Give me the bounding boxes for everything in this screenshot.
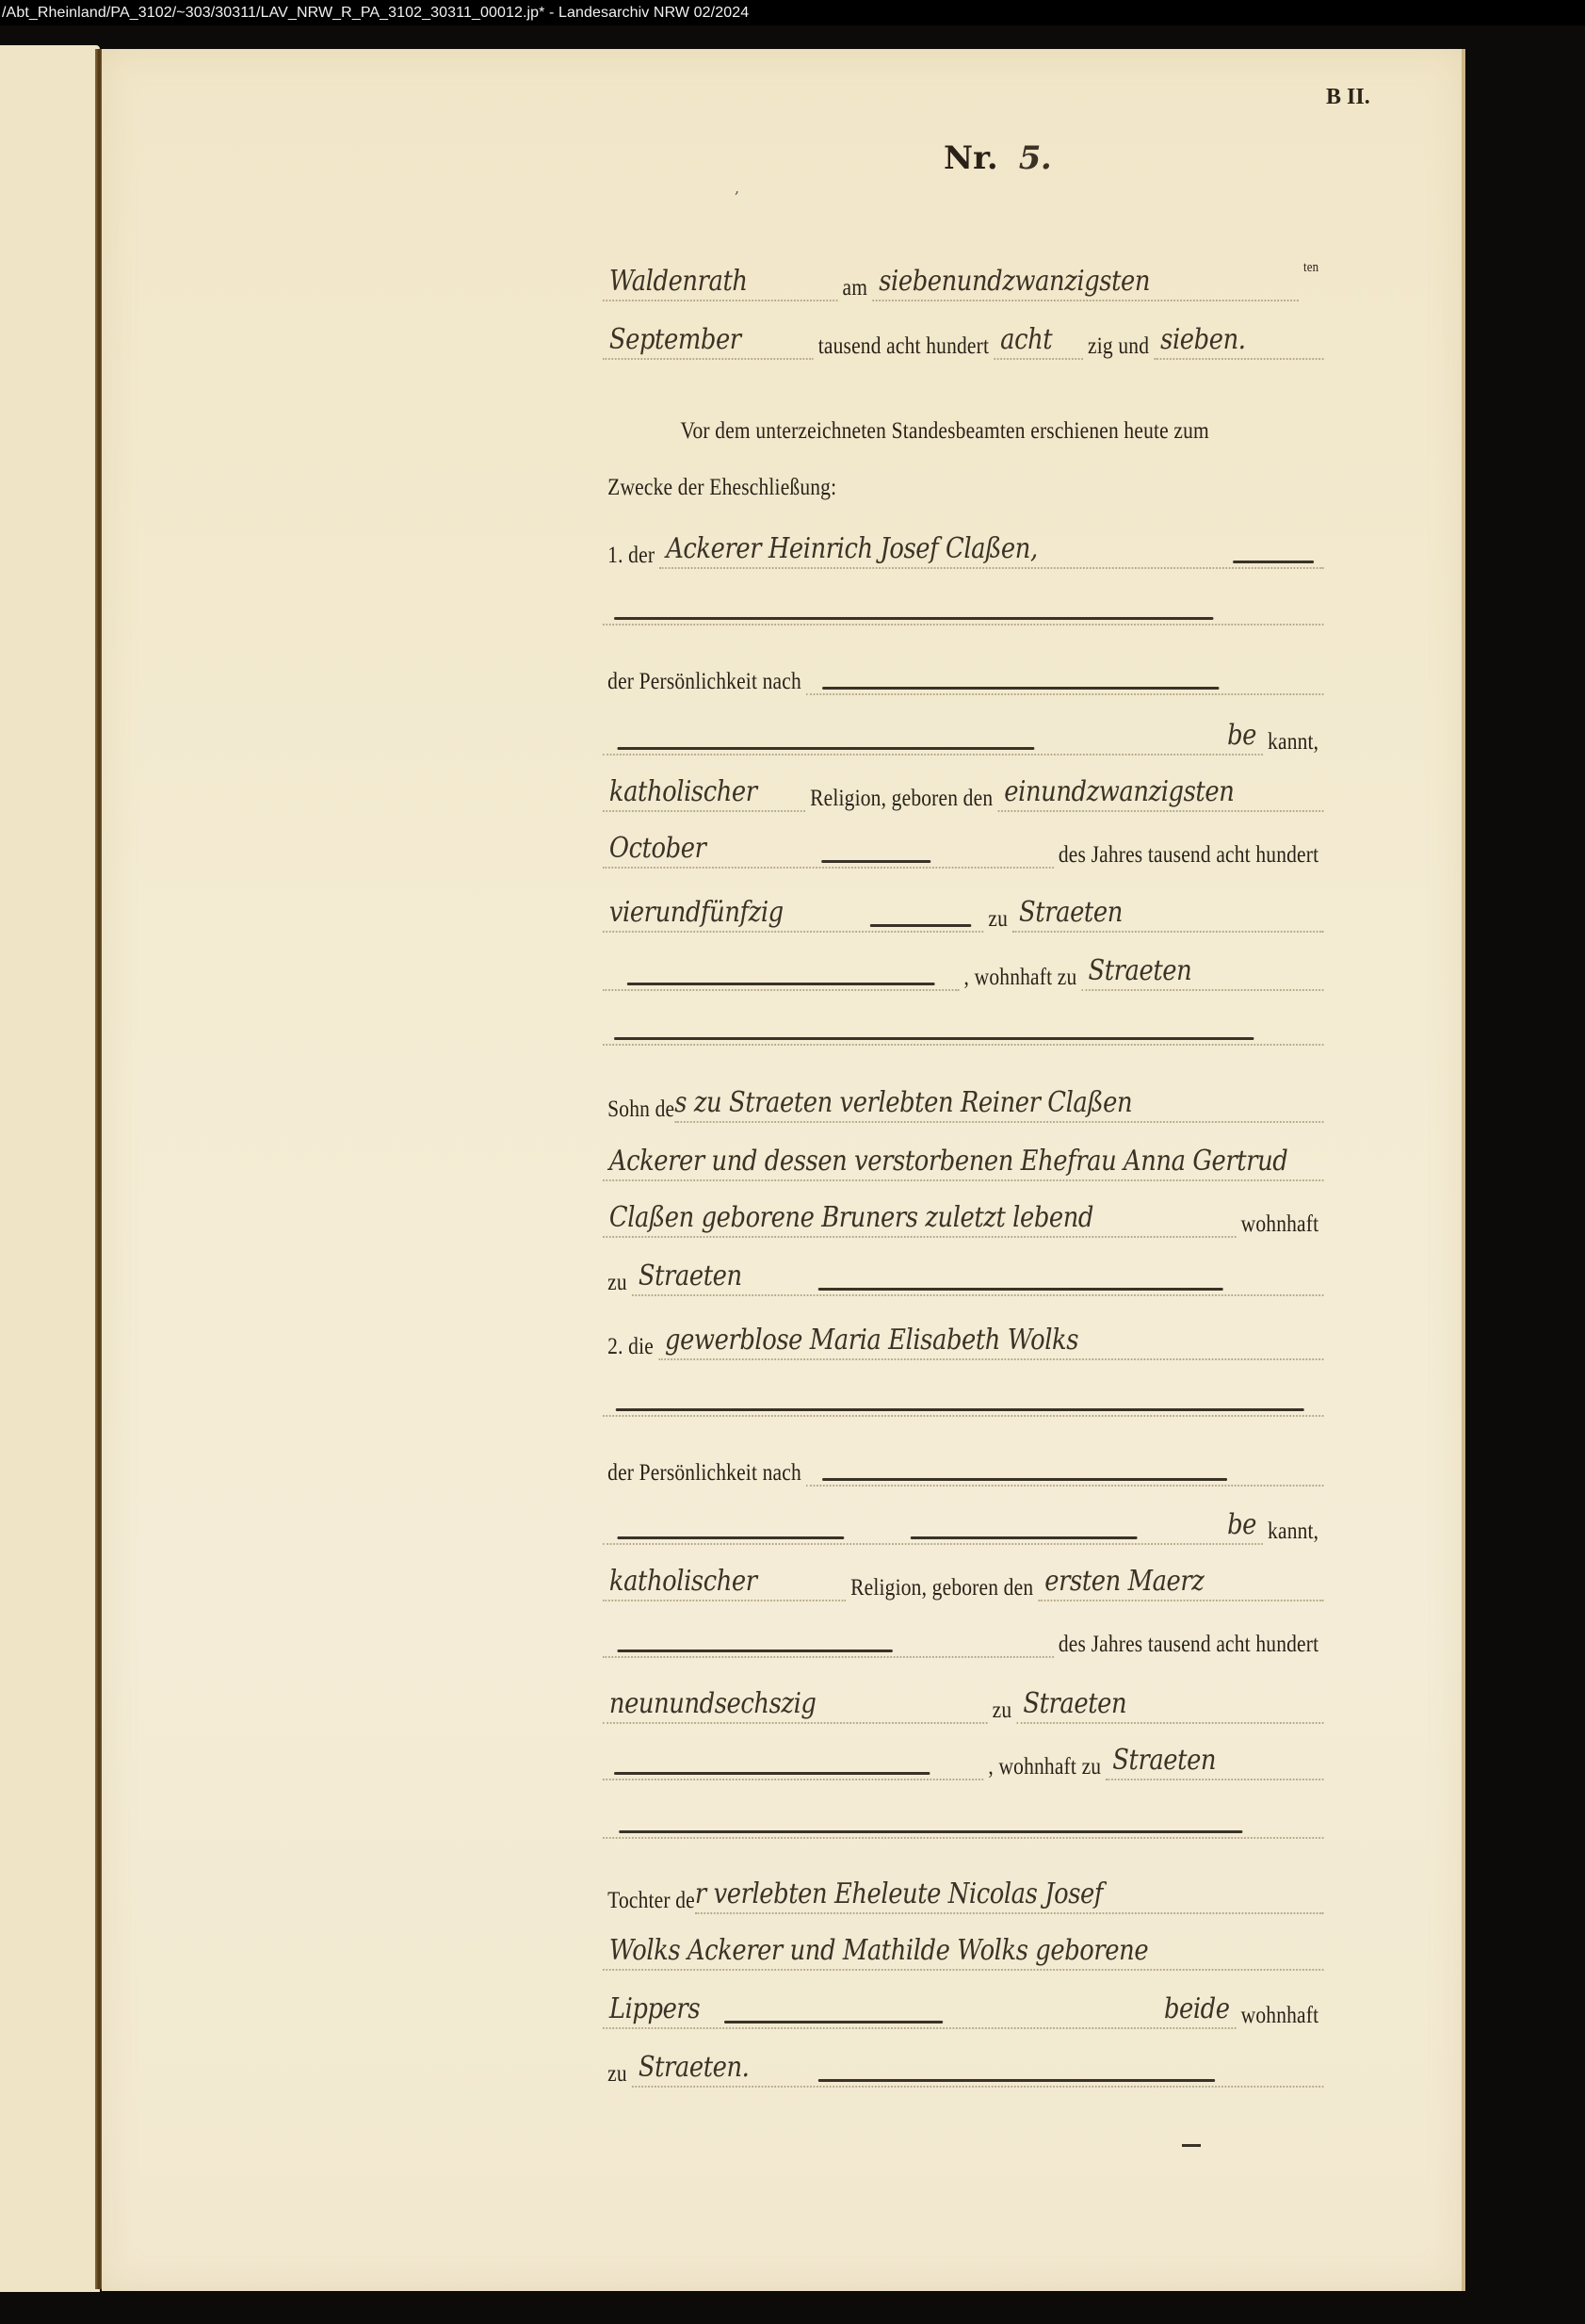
groom-personality-line: der Persönlichkeit nach bbox=[603, 646, 1323, 695]
window-title: /Abt_Rheinland/PA_3102/~303/30311/LAV_NR… bbox=[2, 5, 749, 21]
bride-residence-line-2 bbox=[603, 1790, 1323, 1839]
bride-label: 2. die bbox=[603, 1334, 658, 1360]
bride-residence-field-2 bbox=[603, 1788, 1323, 1839]
bride-known-line: be kannt, bbox=[603, 1496, 1323, 1545]
bride-known-suffix: kannt, bbox=[1263, 1519, 1324, 1545]
groom-label: 1. der bbox=[603, 543, 659, 569]
groom-name-field-2 bbox=[603, 575, 1323, 626]
month-field: September bbox=[603, 309, 814, 360]
bride-parents-field-2: Wolks Ackerer und Mathilde Wolks geboren… bbox=[603, 1920, 1323, 1971]
year-unit-field: sieben. bbox=[1154, 309, 1323, 360]
bride-personality-line: der Persönlichkeit nach bbox=[603, 1438, 1323, 1487]
bride-parents-label: Tochter de bbox=[603, 1888, 695, 1914]
bride-personality-label: der Persönlichkeit nach bbox=[603, 1460, 806, 1487]
left-page-edge bbox=[0, 45, 100, 2292]
groom-parents-line-2: Ackerer und dessen verstorbenen Ehefrau … bbox=[603, 1132, 1323, 1181]
bride-birth-month-line: des Jahres tausend acht hundert bbox=[603, 1609, 1323, 1658]
groom-residence-field-2 bbox=[603, 995, 1323, 1046]
decade-field: acht bbox=[994, 309, 1083, 360]
header-line-1: Waldenrath am siebenundzwanzigsten ten bbox=[603, 252, 1323, 301]
record-number-label: Nr. bbox=[944, 139, 998, 177]
bride-birth-year-line: neunundsechszig zu Straeten bbox=[603, 1675, 1323, 1724]
groom-birth-year-field: vierundfünfzig bbox=[603, 882, 983, 933]
day-field: siebenundzwanzigsten bbox=[872, 251, 1298, 301]
groom-parents-field-1: s zu Straeten verlebten Reiner Claßen bbox=[674, 1072, 1323, 1123]
bride-parents-line-1: Tochter de r verlebten Eheleute Nicolas … bbox=[603, 1865, 1323, 1914]
bride-religion-line: katholischer Religion, geboren den erste… bbox=[603, 1552, 1323, 1601]
bride-parents-field-3: Lippersbeide bbox=[603, 1978, 1236, 2029]
ink-mark bbox=[1182, 2144, 1201, 2147]
zig-und-label: zig und bbox=[1083, 333, 1154, 360]
intro-line-1: Vor dem unterzeichneten Standesbeamten e… bbox=[603, 396, 1323, 445]
groom-personality-field bbox=[806, 644, 1323, 695]
record-number-value: 5. bbox=[1011, 139, 1059, 179]
groom-residence-line-2 bbox=[603, 997, 1323, 1046]
header-line-2: September tausend acht hundert acht zig … bbox=[603, 311, 1323, 360]
bride-known-field: be bbox=[603, 1494, 1263, 1545]
groom-name-line-2 bbox=[603, 577, 1323, 626]
bride-name-line: 2. die gewerblose Maria Elisabeth Wolks bbox=[603, 1311, 1323, 1360]
bride-parents-zu: zu bbox=[603, 2061, 632, 2088]
year-prefix: tausend acht hundert bbox=[814, 333, 995, 360]
groom-known-line: be kannt, bbox=[603, 707, 1323, 756]
record-number: Nr.5. bbox=[944, 139, 1059, 177]
bride-religion-field: katholischer bbox=[603, 1551, 846, 1601]
bride-residence-blank bbox=[603, 1730, 983, 1780]
groom-name-line: 1. der Ackerer Heinrich Josef Claßen, bbox=[603, 520, 1323, 569]
pencil-mark: , bbox=[735, 179, 739, 197]
groom-birth-place-field: Straeten bbox=[1012, 882, 1323, 933]
groom-parents-line-1: Sohn de s zu Straeten verlebten Reiner C… bbox=[603, 1074, 1323, 1123]
groom-religion-line: katholischer Religion, geboren den einun… bbox=[603, 763, 1323, 812]
bride-parents-residence-label: wohnhaft bbox=[1236, 2003, 1323, 2029]
bride-residence-label: , wohnhaft zu bbox=[983, 1754, 1106, 1780]
groom-religion-label: Religion, geboren den bbox=[805, 786, 997, 812]
groom-parents-residence-field: Straeten bbox=[632, 1245, 1323, 1296]
bride-name-line-2 bbox=[603, 1368, 1323, 1417]
groom-residence-label: , wohnhaft zu bbox=[959, 965, 1081, 991]
groom-personality-label: der Persönlichkeit nach bbox=[603, 669, 806, 695]
intro-text-2: Zwecke der Eheschließung: bbox=[603, 475, 841, 501]
bride-religion-label: Religion, geboren den bbox=[846, 1575, 1038, 1601]
groom-known-suffix: kannt, bbox=[1263, 729, 1324, 756]
groom-birth-month-line: October des Jahres tausend acht hundert bbox=[603, 820, 1323, 869]
groom-residence-field: Straeten bbox=[1082, 940, 1324, 991]
groom-parents-zu: zu bbox=[603, 1270, 632, 1296]
groom-birth-year-line: vierundfünfzig zu Straeten bbox=[603, 884, 1323, 933]
groom-parents-label: Sohn de bbox=[603, 1097, 674, 1123]
bride-year-label: des Jahres tausend acht hundert bbox=[1054, 1632, 1324, 1658]
groom-birth-day-field: einundzwanzigsten bbox=[997, 761, 1323, 812]
bride-zu-label: zu bbox=[988, 1698, 1017, 1724]
bride-birth-day-field: ersten Maerz bbox=[1038, 1551, 1323, 1601]
groom-parents-residence-label: wohnhaft bbox=[1236, 1211, 1323, 1238]
groom-religion-field: katholischer bbox=[603, 761, 805, 812]
bride-parents-residence-line: zu Straeten. bbox=[603, 2039, 1323, 2088]
groom-known-field: be bbox=[603, 705, 1263, 756]
bride-parents-line-3: Lippersbeide wohnhaft bbox=[603, 1980, 1323, 2029]
bride-birth-year-field: neunundsechszig bbox=[603, 1673, 988, 1724]
place-field: Waldenrath bbox=[603, 251, 837, 301]
form-code: B II. bbox=[1326, 85, 1370, 110]
groom-zu-label: zu bbox=[983, 906, 1012, 933]
bride-parents-line-2: Wolks Ackerer und Mathilde Wolks geboren… bbox=[603, 1922, 1323, 1971]
window-title-bar: /Abt_Rheinland/PA_3102/~303/30311/LAV_NR… bbox=[0, 0, 1585, 25]
bride-parents-field-1: r verlebten Eheleute Nicolas Josef bbox=[695, 1863, 1323, 1914]
groom-parents-field-2: Ackerer und dessen verstorbenen Ehefrau … bbox=[603, 1130, 1323, 1181]
groom-year-label: des Jahres tausend acht hundert bbox=[1054, 842, 1324, 869]
am-label: am bbox=[837, 275, 872, 301]
groom-parents-line-3: Claßen geborene Bruners zuletzt lebend w… bbox=[603, 1189, 1323, 1238]
bride-personality-field bbox=[806, 1436, 1323, 1487]
bride-parents-residence-field: Straeten. bbox=[632, 2037, 1323, 2088]
bride-residence-line: , wohnhaft zu Straeten bbox=[603, 1731, 1323, 1780]
page-edge bbox=[1462, 49, 1465, 2291]
intro-text-1: Vor dem unterzeichneten Standesbeamten e… bbox=[675, 418, 1214, 445]
groom-parents-residence-line: zu Straeten bbox=[603, 1247, 1323, 1296]
intro-line-2: Zwecke der Eheschließung: bbox=[603, 452, 1323, 501]
groom-residence-blank bbox=[603, 940, 959, 991]
groom-parents-field-3: Claßen geborene Bruners zuletzt lebend bbox=[603, 1187, 1236, 1238]
bride-name-field-2 bbox=[603, 1366, 1323, 1417]
groom-residence-line: , wohnhaft zu Straeten bbox=[603, 942, 1323, 991]
bride-birth-month-field bbox=[603, 1607, 1054, 1658]
bride-residence-field: Straeten bbox=[1106, 1730, 1323, 1780]
bride-name-field: gewerblose Maria Elisabeth Wolks bbox=[658, 1309, 1323, 1360]
groom-birth-month-field: October bbox=[603, 818, 1054, 869]
bride-birth-place-field: Straeten bbox=[1016, 1673, 1323, 1724]
ten-suffix: ten bbox=[1299, 252, 1324, 276]
groom-name-field: Ackerer Heinrich Josef Claßen, bbox=[659, 518, 1323, 569]
